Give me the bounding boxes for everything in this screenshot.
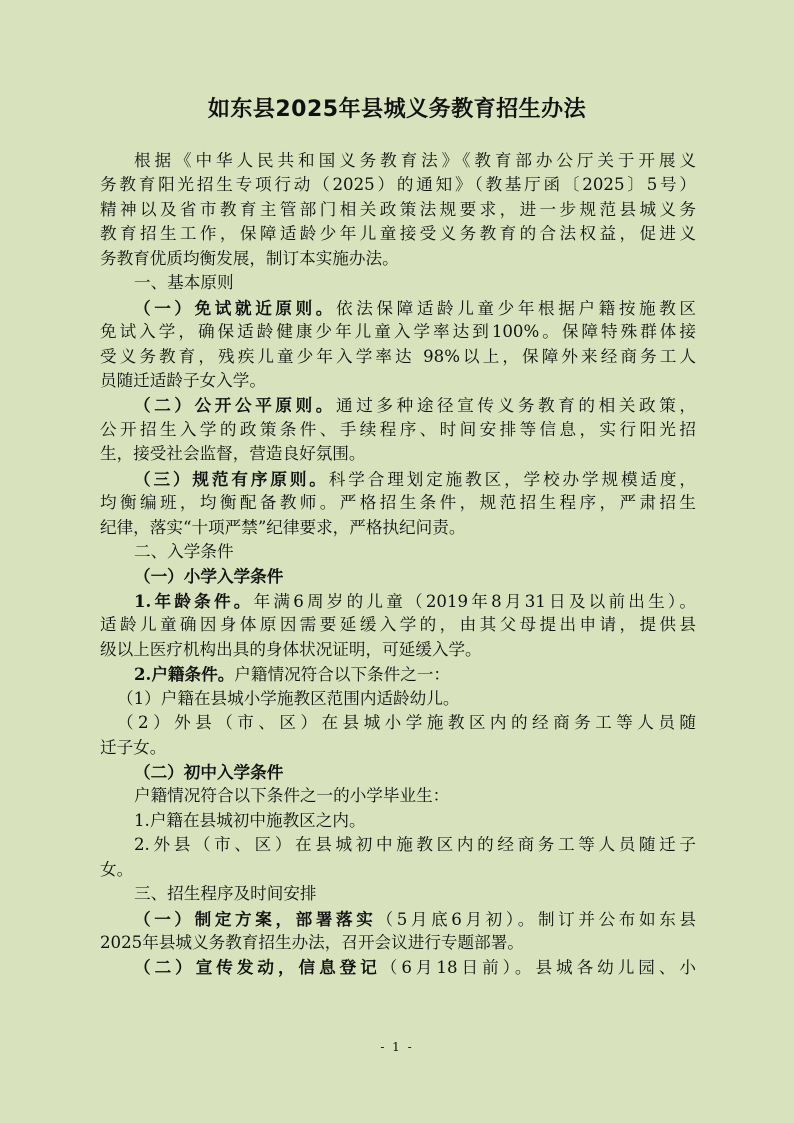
text-line: 级以上医疗机构出具的身体状况证明，可延缓入学。 bbox=[100, 638, 696, 662]
section-heading: 三、招生程序及时间安排 bbox=[100, 882, 696, 906]
text-line: 2025年县城义务教育招生办法，召开会议进行专题部署。 bbox=[100, 931, 696, 955]
line-text: 纪律，落实“十项严禁”纪律要求，严格执纪问责。 bbox=[100, 518, 465, 537]
line-text: （6月18日前）。县城各幼儿园、小 bbox=[381, 958, 696, 977]
bold-lead: （三）规范有序原则。 bbox=[134, 469, 329, 489]
document-body: 根据《中华人民共和国义务教育法》《教育部办公厅关于开展义务教育阳光招生专项行动（… bbox=[100, 149, 696, 980]
line-text: 迁子女。 bbox=[100, 738, 166, 757]
line-text: 教育招生工作，保障适龄少年儿童接受义务教育的合法权益，促进义 bbox=[100, 224, 696, 243]
line-text: 根据《中华人民共和国义务教育法》《教育部办公厅关于开展义 bbox=[134, 151, 696, 170]
bold-lead: （一）小学入学条件 bbox=[134, 566, 283, 586]
line-text: 受义务教育，残疾儿童少年入学率达 98%以上，保障外来经商务工人 bbox=[100, 347, 696, 366]
line-text: 精神以及省市教育主管部门相关政策法规要求，进一步规范县城义务 bbox=[100, 200, 696, 219]
line-text: 员随迁适龄子女入学。 bbox=[100, 371, 266, 390]
text-line: 1.年龄条件。年满6周岁的儿童（2019年8月31日及以前出生）。 bbox=[100, 589, 696, 613]
text-line: （一）制定方案，部署落实（5月底6月初）。制订并公布如东县 bbox=[100, 907, 696, 931]
text-line: （一）小学入学条件 bbox=[100, 564, 696, 588]
text-line: 1.户籍在县城初中施教区之内。 bbox=[100, 809, 696, 833]
line-text: 公开招生入学的政策条件、手续程序、时间安排等信息，实行阳光招 bbox=[100, 420, 696, 439]
line-text: 务教育优质均衡发展，制订本实施办法。 bbox=[100, 249, 399, 268]
text-line: 迁子女。 bbox=[100, 736, 696, 760]
line-text: 2025年县城义务教育招生办法，召开会议进行专题部署。 bbox=[100, 933, 524, 952]
line-text: 二、入学条件 bbox=[134, 542, 234, 561]
line-text: 生，接受社会监督，营造良好氛围。 bbox=[100, 444, 366, 463]
line-text: 务教育阳光招生专项行动（2025）的通知》（教基厅函〔2025〕5号） bbox=[100, 175, 696, 194]
text-line: （二）公开公平原则。通过多种途径宣传义务教育的相关政策， bbox=[100, 393, 696, 417]
bold-lead: （二）初中入学条件 bbox=[134, 762, 283, 782]
line-text: 级以上医疗机构出具的身体状况证明，可延缓入学。 bbox=[100, 640, 482, 659]
text-line: 纪律，落实“十项严禁”纪律要求，严格执纪问责。 bbox=[100, 516, 696, 540]
text-line: （二）初中入学条件 bbox=[100, 760, 696, 784]
text-line: 2.外县（市、区）在县城初中施教区内的经商务工等人员随迁子 bbox=[100, 833, 696, 857]
line-text: 户籍情况符合以下条件之一： bbox=[234, 665, 450, 684]
line-text: 年满6周岁的儿童（2019年8月31日及以前出生）。 bbox=[254, 592, 696, 611]
text-line: 2.户籍条件。户籍情况符合以下条件之一： bbox=[100, 662, 696, 686]
text-line: 公开招生入学的政策条件、手续程序、时间安排等信息，实行阳光招 bbox=[100, 418, 696, 442]
text-line: （2）外县（市、区）在县城小学施教区内的经商务工等人员随 bbox=[100, 711, 696, 735]
text-line: 务教育优质均衡发展，制订本实施办法。 bbox=[100, 247, 696, 271]
text-line: 均衡编班，均衡配备教师。严格招生条件，规范招生程序，严肃招生 bbox=[100, 491, 696, 515]
line-text: 免试入学，确保适龄健康少年儿童入学率达到100%。保障特殊群体接 bbox=[100, 322, 696, 341]
text-line: 免试入学，确保适龄健康少年儿童入学率达到100%。保障特殊群体接 bbox=[100, 320, 696, 344]
text-line: 生，接受社会监督，营造良好氛围。 bbox=[100, 442, 696, 466]
bold-lead: （二）宣传发动，信息登记 bbox=[134, 957, 381, 977]
text-line: 员随迁适龄子女入学。 bbox=[100, 369, 696, 393]
text-line: 户籍情况符合以下条件之一的小学毕业生： bbox=[100, 784, 696, 808]
line-text: （2）外县（市、区）在县城小学施教区内的经商务工等人员随 bbox=[117, 713, 696, 732]
text-line: （三）规范有序原则。科学合理划定施教区，学校办学规模适度， bbox=[100, 467, 696, 491]
line-text: （5月底6月初）。制订并公布如东县 bbox=[376, 910, 696, 929]
text-line: 女。 bbox=[100, 858, 696, 882]
text-line: （1）户籍在县城小学施教区范围内适龄幼儿。 bbox=[100, 687, 696, 711]
text-line: 根据《中华人民共和国义务教育法》《教育部办公厅关于开展义 bbox=[100, 149, 696, 173]
text-line: 务教育阳光招生专项行动（2025）的通知》（教基厅函〔2025〕5号） bbox=[100, 173, 696, 197]
text-line: 受义务教育，残疾儿童少年入学率达 98%以上，保障外来经商务工人 bbox=[100, 345, 696, 369]
line-text: 均衡编班，均衡配备教师。严格招生条件，规范招生程序，严肃招生 bbox=[100, 493, 696, 512]
line-text: 一、基本原则 bbox=[134, 273, 234, 292]
line-text: 三、招生程序及时间安排 bbox=[134, 884, 317, 903]
document-page: 如东县2025年县城义务教育招生办法 根据《中华人民共和国义务教育法》《教育部办… bbox=[0, 0, 794, 1123]
bold-lead: 2.户籍条件。 bbox=[134, 664, 234, 684]
bold-lead: （一）制定方案，部署落实 bbox=[134, 909, 376, 929]
bold-lead: （二）公开公平原则。 bbox=[134, 395, 336, 415]
line-text: 户籍情况符合以下条件之一的小学毕业生： bbox=[134, 786, 449, 805]
document-title: 如东县2025年县城义务教育招生办法 bbox=[0, 92, 794, 123]
text-line: （一）免试就近原则。依法保障适龄儿童少年根据户籍按施教区 bbox=[100, 296, 696, 320]
line-text: （1）户籍在县城小学施教区范围内适龄幼儿。 bbox=[117, 689, 459, 708]
bold-lead: （一）免试就近原则。 bbox=[134, 298, 336, 318]
line-text: 科学合理划定施教区，学校办学规模适度， bbox=[329, 470, 696, 489]
section-heading: 二、入学条件 bbox=[100, 540, 696, 564]
page-number: - 1 - bbox=[0, 1040, 794, 1054]
line-text: 2.外县（市、区）在县城初中施教区内的经商务工等人员随迁子 bbox=[134, 835, 696, 854]
line-text: 依法保障适龄儿童少年根据户籍按施教区 bbox=[336, 299, 696, 318]
line-text: 1.户籍在县城初中施教区之内。 bbox=[134, 811, 366, 830]
bold-lead: 1.年龄条件。 bbox=[134, 591, 254, 611]
section-heading: 一、基本原则 bbox=[100, 271, 696, 295]
line-text: 女。 bbox=[100, 860, 133, 879]
line-text: 适龄儿童确因身体原因需要延缓入学的，由其父母提出申请，提供县 bbox=[100, 615, 696, 634]
text-line: （二）宣传发动，信息登记（6月18日前）。县城各幼儿园、小 bbox=[100, 955, 696, 979]
line-text: 通过多种途径宣传义务教育的相关政策， bbox=[336, 396, 696, 415]
text-line: 适龄儿童确因身体原因需要延缓入学的，由其父母提出申请，提供县 bbox=[100, 613, 696, 637]
text-line: 教育招生工作，保障适龄少年儿童接受义务教育的合法权益，促进义 bbox=[100, 222, 696, 246]
text-line: 精神以及省市教育主管部门相关政策法规要求，进一步规范县城义务 bbox=[100, 198, 696, 222]
